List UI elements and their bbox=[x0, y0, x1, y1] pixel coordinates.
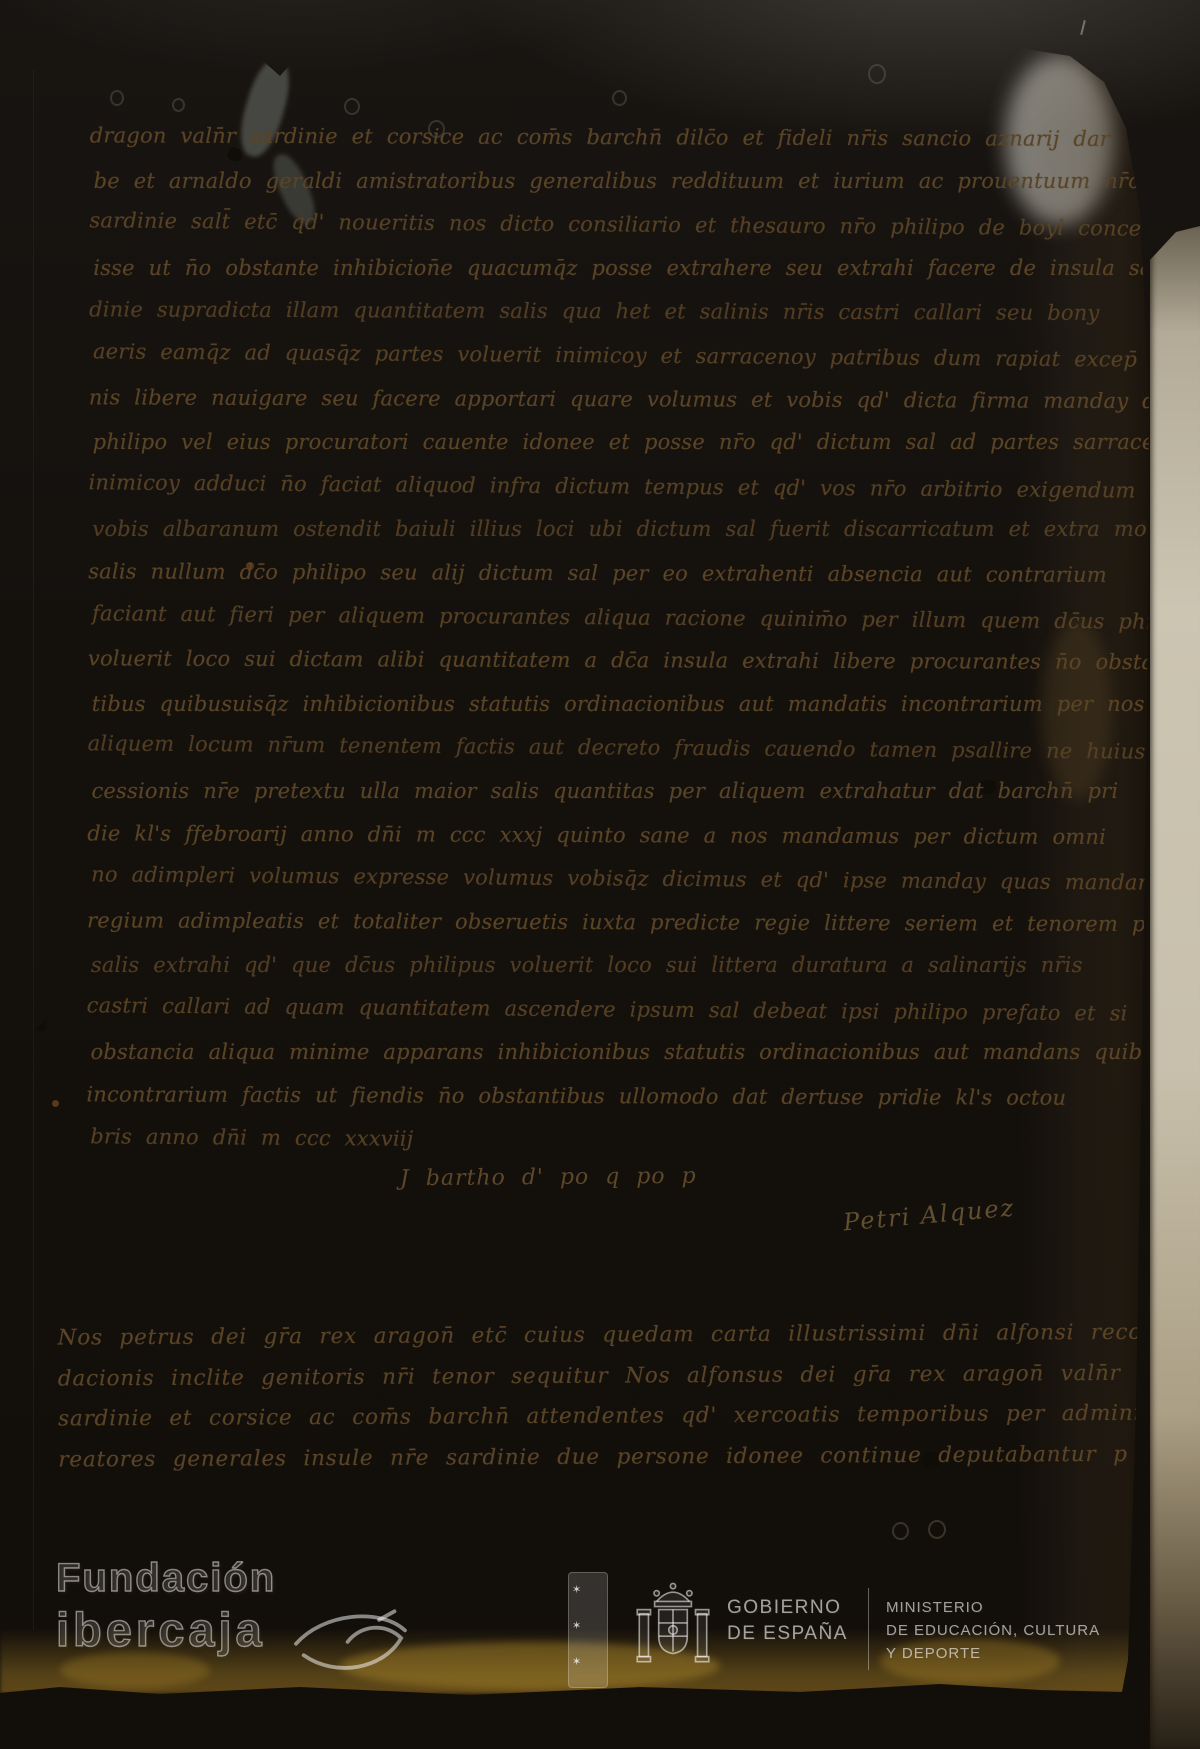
star-icon: ✶ bbox=[572, 1656, 581, 1667]
manuscript-text-line: dinie supradicta illam quantitatem salis… bbox=[89, 289, 1039, 336]
notary-signature: Petri Alquez bbox=[842, 1191, 1017, 1240]
manuscript-addendum-text: Nos petrus dei gr̄a rex aragon̄ etc̄ cui… bbox=[58, 1314, 1009, 1481]
stain-ring bbox=[172, 98, 185, 112]
manuscript-text-line: be et arnaldo geraldi amistratoribus gen… bbox=[90, 160, 1040, 204]
rust-speck bbox=[52, 1100, 59, 1107]
manuscript-text-line: aliquem locum nr̄um tenentem factis aut … bbox=[87, 723, 1037, 774]
binding-damage bbox=[1142, 246, 1151, 268]
manuscript-text-line: bris anno dn̄i m ccc xxxviij bbox=[86, 1115, 1036, 1166]
manuscript-body-text: dragon valn̄r sardinie et corsice ac com… bbox=[86, 114, 1040, 1164]
ministerio-watermark-line3: Y DEPORTE bbox=[886, 1642, 981, 1665]
ibercaja-watermark-line2: ibercaja bbox=[56, 1602, 266, 1657]
stain-blob bbox=[60, 1652, 210, 1688]
manuscript-text-line: nis libere nauigare seu facere apportari… bbox=[89, 376, 1039, 423]
manuscript-text-line: salis extrahi qd' que dc̄us philipus vol… bbox=[87, 944, 1037, 988]
manuscript-text-line: reatores generales insule nr̄e sardinie … bbox=[58, 1435, 1008, 1480]
stain-ring bbox=[612, 90, 627, 106]
wormhole bbox=[34, 1018, 47, 1031]
manuscript-text-line: cessionis nr̄e pretextu ulla maior salis… bbox=[87, 770, 1037, 814]
manuscript-text-line: isse ut n̄o obstante inhibicion̄e quacum… bbox=[89, 247, 1039, 291]
ibercaja-logo-icon bbox=[288, 1596, 413, 1682]
star-icon: ✶ bbox=[572, 1620, 581, 1631]
gobierno-watermark-line1: GOBIERNO bbox=[727, 1596, 841, 1620]
fold-crease-line bbox=[33, 70, 34, 1630]
manuscript-text-line: incontrarium factis ut fiendis n̄o obsta… bbox=[86, 1073, 1036, 1120]
wormhole bbox=[928, 1520, 946, 1539]
manuscript-text-line: dacionis inclite genitoris nr̄i tenor se… bbox=[58, 1354, 1008, 1399]
watermark-divider bbox=[868, 1588, 869, 1670]
manuscript-text-line: voluerit loco sui dictam alibi quantitat… bbox=[88, 637, 1038, 684]
manuscript-text-line: obstancia aliqua minime apparans inhibic… bbox=[87, 1031, 1037, 1075]
photo-background: dragon valn̄r sardinie et corsice ac com… bbox=[0, 0, 1200, 1749]
ibercaja-watermark-line1: Fundación bbox=[56, 1556, 276, 1601]
manuscript-text-line: castri callari ad quam quantitatem ascen… bbox=[87, 984, 1037, 1035]
manuscript-page: dragon valn̄r sardinie et corsice ac com… bbox=[0, 0, 1200, 1749]
facing-page-edge bbox=[1150, 226, 1200, 1749]
wormhole bbox=[892, 1522, 909, 1540]
manuscript-text-line: regium adimpleatis et totaliter obseruet… bbox=[87, 899, 1037, 946]
ministerio-watermark-line1: MINISTERIO bbox=[886, 1596, 984, 1619]
star-icon: ✶ bbox=[572, 1584, 581, 1595]
ministerio-watermark-line2: DE EDUCACIÓN, CULTURA bbox=[886, 1619, 1100, 1642]
gobierno-watermark-line2: DE ESPAÑA bbox=[727, 1622, 848, 1646]
manuscript-text-line: Nos petrus dei gr̄a rex aragon̄ etc̄ cui… bbox=[58, 1314, 1008, 1359]
manuscript-text-line: faciant aut fieri per aliquem procurante… bbox=[88, 592, 1038, 643]
chancery-subscription: J bartho d' po q po p bbox=[400, 1159, 697, 1198]
manuscript-text-line: dragon valn̄r sardinie et corsice ac com… bbox=[90, 114, 1040, 161]
stain-ring bbox=[868, 64, 886, 84]
manuscript-text-line: die kl's ffebroarij anno dn̄i m ccc xxxj… bbox=[87, 812, 1037, 859]
stain-ring bbox=[110, 90, 124, 106]
manuscript-text-line: philipo vel eius procuratori cauente ido… bbox=[89, 421, 1039, 465]
manuscript-text-line: tibus quibusuisq̄z inhibicionibus statut… bbox=[88, 683, 1038, 727]
spain-coat-of-arms-icon bbox=[626, 1576, 720, 1680]
manuscript-text-line: inimicoy adduci n̄o faciat aliquod infra… bbox=[88, 461, 1038, 512]
manuscript-text-line: vobis albaranum ostendit baiuli illius l… bbox=[88, 508, 1038, 552]
stain-ring bbox=[344, 98, 360, 115]
manuscript-text-line: sardinie salt̄ etc̄ qd' noueritis nos di… bbox=[89, 199, 1039, 250]
scratch-mark bbox=[1080, 20, 1086, 35]
manuscript-text-line: no adimpleri volumus expresse volumus vo… bbox=[87, 853, 1037, 904]
manuscript-text-line: sardinie et corsice ac com̄s barchn̄ att… bbox=[58, 1395, 1008, 1440]
eu-flag-fragment-icon: ✶ ✶ ✶ bbox=[568, 1572, 608, 1688]
manuscript-text-line: aeris eamq̄z ad quasq̄z partes voluerit … bbox=[89, 330, 1039, 381]
manuscript-text-line: salis nullum dc̄o philipo seu alij dictu… bbox=[88, 550, 1038, 597]
